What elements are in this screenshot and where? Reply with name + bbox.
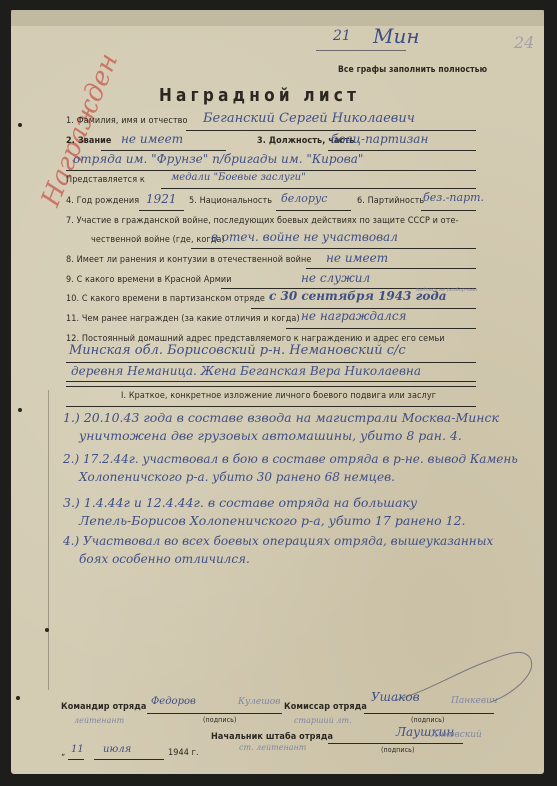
date-day: 11: [71, 744, 84, 755]
date-quote-open: „: [61, 748, 65, 758]
merit-item-4-line-1: 4.) Участвовал во всех боевых операциях …: [63, 534, 493, 548]
margin-line: [48, 390, 49, 690]
commander-name: Кулешов: [238, 697, 280, 707]
torn-top-edge: [11, 10, 544, 26]
commander-rank: лейтенант: [74, 716, 124, 725]
commander-label: Командир отряда: [61, 702, 146, 712]
merit-item-2-line-1: 2.) 17.2.44г. участвовал в бою в составе…: [63, 452, 518, 466]
field-3-value-2: отряда им. "Фрунзе" п/бригады им. "Киров…: [73, 152, 363, 166]
field-3-line-2: [66, 170, 476, 171]
field-8-value: не имеет: [326, 251, 388, 265]
field-2-label: 2. Звание: [66, 136, 112, 146]
commissar-sign-caption: (подпись): [411, 716, 445, 724]
archive-number: 21: [333, 28, 351, 44]
binding-hole: [18, 408, 22, 412]
date-month-line: [94, 759, 164, 760]
field-1-label: 1. Фамилия, имя и отчество: [66, 116, 188, 126]
field-5-label: 5. Национальность: [189, 196, 272, 206]
field-11-label: 11. Чем ранее награжден (за какие отличи…: [66, 314, 300, 324]
field-12-line-3: [66, 386, 476, 387]
chief-of-staff-label: Начальник штаба отряда: [211, 732, 333, 742]
section-heading-line: [66, 406, 476, 407]
chief-name: Анковский: [431, 730, 482, 740]
field-5-line: [276, 210, 351, 211]
date-year: 1944 г.: [168, 748, 199, 758]
commander-sign-line: [147, 713, 282, 714]
field-12-value-2: деревня Неманица. Жена Беганская Вера Ни…: [71, 364, 421, 378]
field-12-value-1: Минская обл. Борисовский р-н. Немановски…: [69, 343, 406, 358]
field-6-label: 6. Партийность: [357, 196, 424, 206]
award-sheet-document: 21 Мин 24 Все графы заполнить полностью …: [11, 10, 544, 774]
instruction-text: Все графы заполнить полностью: [338, 65, 487, 75]
field-10-value: с 30 сентября 1943 года: [269, 289, 447, 303]
field-9-label: 9. С какого времени в Красной Армии: [66, 275, 232, 285]
commissar-sign-line: [364, 713, 494, 714]
field-10-label: 10. С какого времени в партизанском отря…: [66, 294, 265, 304]
field-1-value: Беганский Сергей Николаевич: [203, 111, 415, 126]
date-month: июля: [103, 744, 131, 755]
field-9-value: не служил: [301, 271, 370, 285]
merit-item-1-line-2: уничтожена две грузовых автомашины, убит…: [79, 428, 462, 443]
field-5-value: белорус: [281, 192, 327, 205]
date-day-line: [68, 759, 84, 760]
binding-hole: [45, 628, 49, 632]
archive-page-number: 24: [514, 33, 534, 52]
archive-underline: [316, 50, 406, 51]
merit-item-3-line-2: Лепель-Борисов Холопеничского р-а, убито…: [79, 513, 466, 528]
field-8-line: [306, 268, 476, 269]
chief-rank: ст. лейтенант: [239, 743, 306, 752]
field-8-label: 8. Имеет ли ранения и контузии в отечест…: [66, 255, 312, 265]
field-11-value: не награждался: [301, 309, 407, 323]
presented-for-line: [161, 188, 476, 189]
merit-item-2-line-2: Холопеничского р-а. убито 30 ранено 68 н…: [79, 470, 395, 484]
field-7-value: в отеч. войне не участвовал: [211, 230, 398, 244]
chief-sign-line: [328, 743, 463, 744]
chief-sign-caption: (подпись): [381, 746, 415, 754]
red-annotation: Награжден: [36, 49, 125, 210]
binding-hole: [16, 696, 20, 700]
field-6-value: без.-парт.: [423, 191, 484, 204]
section-heading: I. Краткое, конкретное изложение личного…: [121, 391, 436, 401]
field-4-line: [139, 210, 184, 211]
field-3-value-1: боец-партизан: [331, 132, 428, 146]
field-3-line: [328, 150, 476, 151]
presented-for-value: медали "Боевые заслуги": [171, 172, 306, 183]
commissar-rank: старший лт.: [294, 716, 352, 725]
signature-flourish: [391, 640, 541, 710]
commissar-label: Комиссар отряда: [284, 702, 367, 712]
field-12-line-2: [66, 381, 476, 382]
field-4-label: 4. Год рождения: [66, 196, 139, 206]
field-1-line: [186, 130, 476, 131]
field-12-line-1: [66, 362, 476, 363]
field-2-line: [101, 150, 226, 151]
field-7-label-1: 7. Участие в гражданской войне, последую…: [66, 216, 459, 226]
binding-hole: [18, 123, 22, 127]
field-2-value: не имеет: [121, 132, 183, 146]
merit-item-4-line-2: боях особенно отличился.: [79, 552, 250, 566]
field-7-label-2: чественной войне (где, когда): [91, 235, 225, 245]
archive-initials: Мин: [373, 24, 420, 48]
page-title: Наградной лист: [159, 85, 360, 106]
commander-signature: Федоров: [151, 696, 196, 707]
field-7-line: [191, 248, 476, 249]
field-11-line: [286, 328, 476, 329]
merit-item-1-line-1: 1.) 20.10.43 года в составе взвода на ма…: [63, 410, 499, 425]
presented-for-label: Представляется к: [66, 175, 145, 185]
merit-item-3-line-1: 3.) 1.4.44г и 12.4.44г. в составе отряда…: [63, 495, 417, 510]
field-4-value: 1921: [146, 192, 177, 206]
field-6-line: [421, 210, 476, 211]
commander-sign-caption: (подпись): [203, 716, 237, 724]
